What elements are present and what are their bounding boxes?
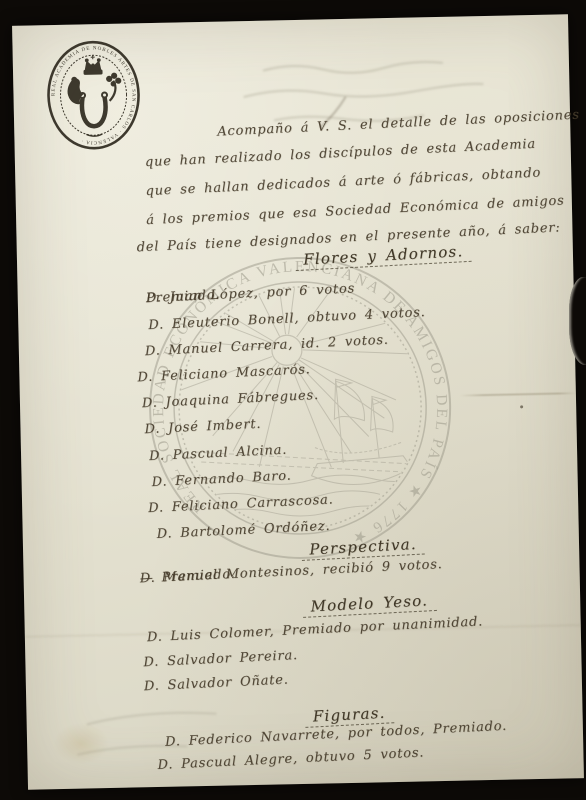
paragraph-line: que han realizado los discípulos de esta… (145, 137, 537, 170)
paper: REAL SOCIEDAD ECONÓMICA VALENCIANA DE AM… (12, 14, 584, 789)
paragraph-line: que se hallan dedicados á arte ó fábrica… (145, 166, 541, 200)
ink-speck (520, 405, 523, 408)
paragraph-line: Acompaño á V. S. el detalle de las oposi… (217, 108, 580, 140)
opening-paragraph: Acompaño á V. S. el detalle de las oposi… (12, 14, 573, 276)
scanned-document: REAL SOCIEDAD ECONÓMICA VALENCIANA DE AM… (0, 0, 586, 800)
